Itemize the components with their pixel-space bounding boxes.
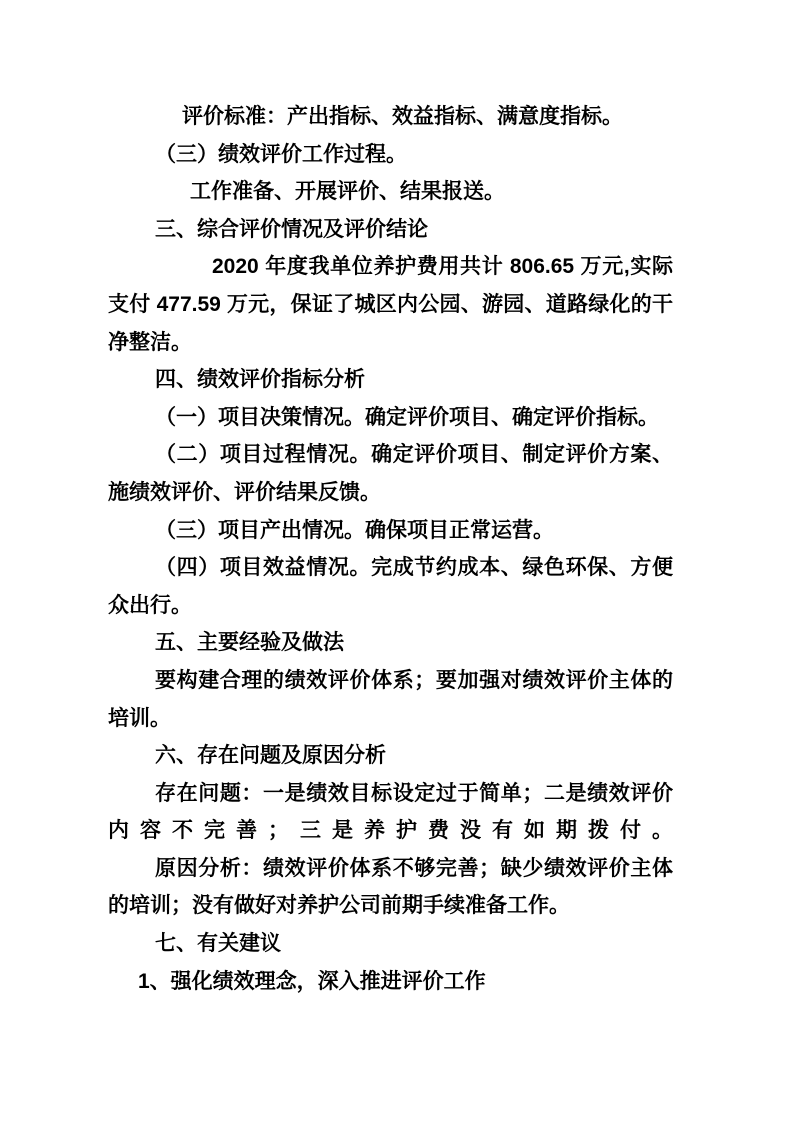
paragraph-line: 培训。 bbox=[108, 700, 673, 738]
paragraph-line: 原因分析：绩效评价体系不够完善；缺少绩效评价主体 bbox=[108, 850, 673, 888]
section-heading-line: 五、主要经验及做法 bbox=[108, 624, 673, 662]
paragraph-line: （三）绩效评价工作过程。 bbox=[108, 136, 673, 174]
paragraph-line: 的培训；没有做好对养护公司前期手续准备工作。 bbox=[108, 887, 673, 925]
paragraph-line: （三）项目产出情况。确保项目正常运营。 bbox=[108, 512, 673, 550]
section-heading-line: 四、绩效评价指标分析 bbox=[108, 361, 673, 399]
paragraph-line: 净整洁。 bbox=[108, 324, 673, 362]
paragraph-line: （一）项目决策情况。确定评价项目、确定评价指标。 bbox=[108, 399, 673, 437]
section-heading-line: 七、有关建议 bbox=[108, 925, 673, 963]
paragraph-line: （二）项目过程情况。确定评价项目、制定评价方案、实 bbox=[108, 436, 673, 474]
paragraph-line: 评价标准：产出指标、效益指标、满意度指标。 bbox=[108, 98, 673, 136]
section-heading-line: 六、存在问题及原因分析 bbox=[108, 737, 673, 775]
paragraph-line: 1、强化绩效理念，深入推进评价工作 bbox=[108, 963, 673, 1001]
paragraph-line: 要构建合理的绩效评价体系；要加强对绩效评价主体的 bbox=[108, 662, 673, 700]
paragraph-line: （四）项目效益情况。完成节约成本、绿色环保、方便群 bbox=[108, 549, 673, 587]
paragraph-line: 施绩效评价、评价结果反馈。 bbox=[108, 474, 673, 512]
text-block: 评价标准：产出指标、效益指标、满意度指标。 （三）绩效评价工作过程。 工作准备、… bbox=[108, 98, 673, 1000]
document-page: 评价标准：产出指标、效益指标、满意度指标。 （三）绩效评价工作过程。 工作准备、… bbox=[0, 0, 793, 1121]
section-heading-line: 三、综合评价情况及评价结论 bbox=[108, 211, 673, 249]
paragraph-line: 众出行。 bbox=[108, 587, 673, 625]
paragraph-line: 内容不完善；三是养护费没有如期拨付。 bbox=[108, 812, 673, 850]
paragraph-line: 2020 年度我单位养护费用共计 806.65 万元,实际 bbox=[108, 248, 673, 286]
paragraph-line: 支付 477.59 万元，保证了城区内公园、游园、道路绿化的干 bbox=[108, 286, 673, 324]
paragraph-line: 工作准备、开展评价、结果报送。 bbox=[108, 173, 673, 211]
paragraph-line: 存在问题：一是绩效目标设定过于简单；二是绩效评价 bbox=[108, 775, 673, 813]
